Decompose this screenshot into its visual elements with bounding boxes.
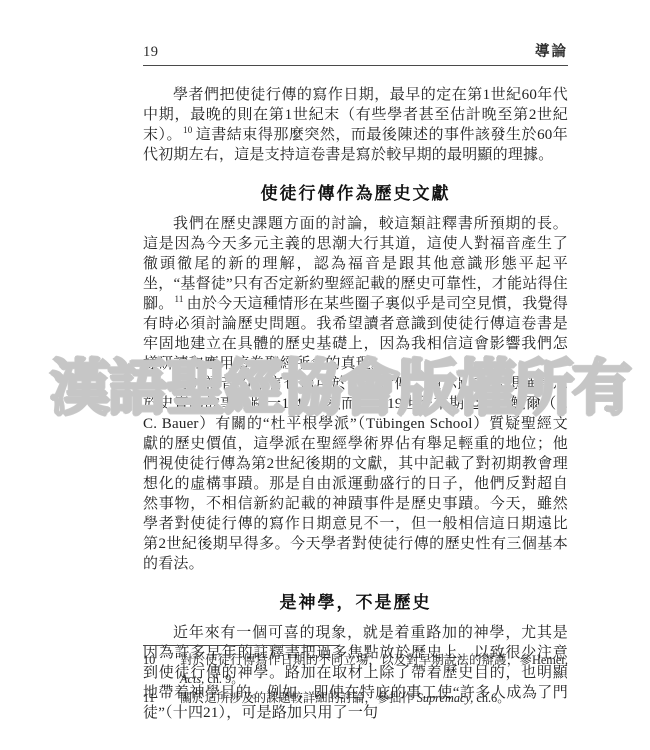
footnote-text: 關於這所涉及的課題較詳細的討論，參拙作 Supremacy, ch.6。 [180, 689, 568, 708]
footnote-reference: 11 [175, 294, 184, 304]
footnote-item: 11關於這所涉及的課題較詳細的討論，參拙作 Supremacy, ch.6。 [143, 689, 568, 708]
italic-citation: Acts, [180, 672, 204, 686]
copyright-watermark: 漢語聖經協會版權所有 [50, 341, 630, 427]
body-paragraph: 學者們把使徒行傳的寫作日期，最早的定在第1世紀60年代中期，最晚的則在第1世紀末… [143, 85, 568, 165]
chapter-title: 導論 [535, 40, 568, 61]
footnote-number: 11 [143, 689, 180, 708]
italic-citation: Supremacy, [417, 691, 474, 705]
page-number: 19 [143, 44, 159, 61]
footnote-item: 10對於使徒行傳寫作日期的不同立場，以及對早期說法的辯護，參Hemer, Act… [143, 651, 568, 689]
section-heading: 是神學，不是歷史 [143, 593, 568, 613]
footnote-list: 10對於使徒行傳寫作日期的不同立場，以及對早期說法的辯護，參Hemer, Act… [143, 651, 568, 708]
footnote-reference: 10 [183, 125, 192, 135]
page-header: 19 導論 [143, 40, 568, 66]
footnote-text: 對於使徒行傳寫作日期的不同立場，以及對早期說法的辯護，參Hemer, Acts,… [180, 651, 568, 689]
footnote-number: 10 [143, 651, 180, 689]
book-page: 19 導論 學者們把使徒行傳的寫作日期，最早的定在第1世紀60年代中期，最晚的則… [0, 0, 650, 750]
footnotes-section: 10對於使徒行傳寫作日期的不同立場，以及對早期說法的辯護，參Hemer, Act… [143, 645, 568, 708]
section-heading: 使徒行傳作為歷史文獻 [143, 184, 568, 204]
footnote-separator [143, 645, 339, 646]
